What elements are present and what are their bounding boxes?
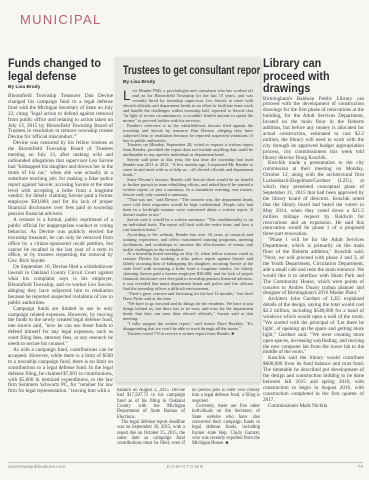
article-library-body: Birmingham's Baldwin Public Library can … [263,97,364,410]
article-paragraph: Devine was censured by his fellow truste… [8,141,113,218]
drop-cap: L [123,89,133,101]
article-paragraph: "That was me," said Devine. "The concern… [123,198,253,218]
article-funds-body: Bloomfield Township Treasurer Dan Devine… [8,94,113,395]
article-paragraph: According to his website, Bender has ove… [123,233,253,253]
article-paragraph: "We have to go forward and do things for… [123,302,253,322]
article-paragraph: Campaign funds are limited in use to onl… [8,307,113,348]
article-funds-title: Funds changed to legal defense [8,57,113,82]
article-paragraph: Bloomfield Township Treasurer Dan Devine… [8,94,113,141]
article-paragraph: A censure is a formal, public reprimand … [8,218,113,265]
footer-page-number: 79 [358,465,363,470]
page-footer: downtownpublications.com DOWNTOWN 79 [8,465,363,475]
article-funds-byline: By Lisa Brody [8,84,113,91]
article-lead-paragraph: Lew Bender PhD, a psychologist and consu… [123,89,253,124]
article-paragraph: Savoie said prior to this year, the last… [123,158,253,178]
article-paragraph: Since Devine's lawsuit, Bender told Savo… [123,178,253,198]
article-paragraph: As with a campaign fund, contributions c… [8,348,113,395]
article-paragraph: Commissioner Mark Nickita [263,404,364,410]
article-trustees-box: Trustees to get consultant report By Lis… [115,57,260,382]
article-funds: Funds changed to legal defense By Lisa B… [8,57,113,458]
article-paragraph: Trustees voted 7-0 to receive a written … [123,332,253,337]
article-paragraph: Architect John Gardner of LZG explained … [263,297,364,356]
article-paragraph: Bender's reference is to the whistleblow… [123,124,253,144]
article-paragraph: Koschik said the library would contribut… [263,356,364,403]
article-funds-continuation: balance on August 2, 2015. Devine had $1… [117,388,260,456]
footer-rule [8,462,363,463]
article-paragraph: At a township board meeting on July 13, … [123,252,253,292]
article-library: Library can proceed with drawings Birmin… [263,57,364,451]
article-paragraph: Savoie said it would be a written summar… [123,218,253,233]
article-paragraph: Trustees on Monday, September 28, voted … [123,143,253,158]
article-trustees-title: Trustees to get consultant report [123,65,253,77]
footer-publication: DOWNTOWN [8,465,363,470]
article-trustees-byline: By Lisa Brody [123,79,253,86]
article-paragraph: On September 10, Devine filed a whistleb… [8,265,113,306]
article-paragraph: balance on August 2, 2015. Devine had $1… [117,388,185,420]
section-label: MUNICIPAL [20,12,102,27]
lead-text: ew Bender PhD, a psychologist and consul… [123,88,253,123]
article-trustees-body: Lew Bender PhD, a psychologist and consu… [123,89,253,337]
article-paragraph: Koschik made a presentation to the city … [263,161,364,238]
article-paragraph: Currently, there are five other individu… [192,404,260,447]
article-library-title: Library can proceed with drawings [263,57,364,95]
article-paragraph: "Phase I will be for the Adult Services … [263,238,364,297]
article-paragraph: Birmingham's Baldwin Public Library can … [263,97,364,162]
